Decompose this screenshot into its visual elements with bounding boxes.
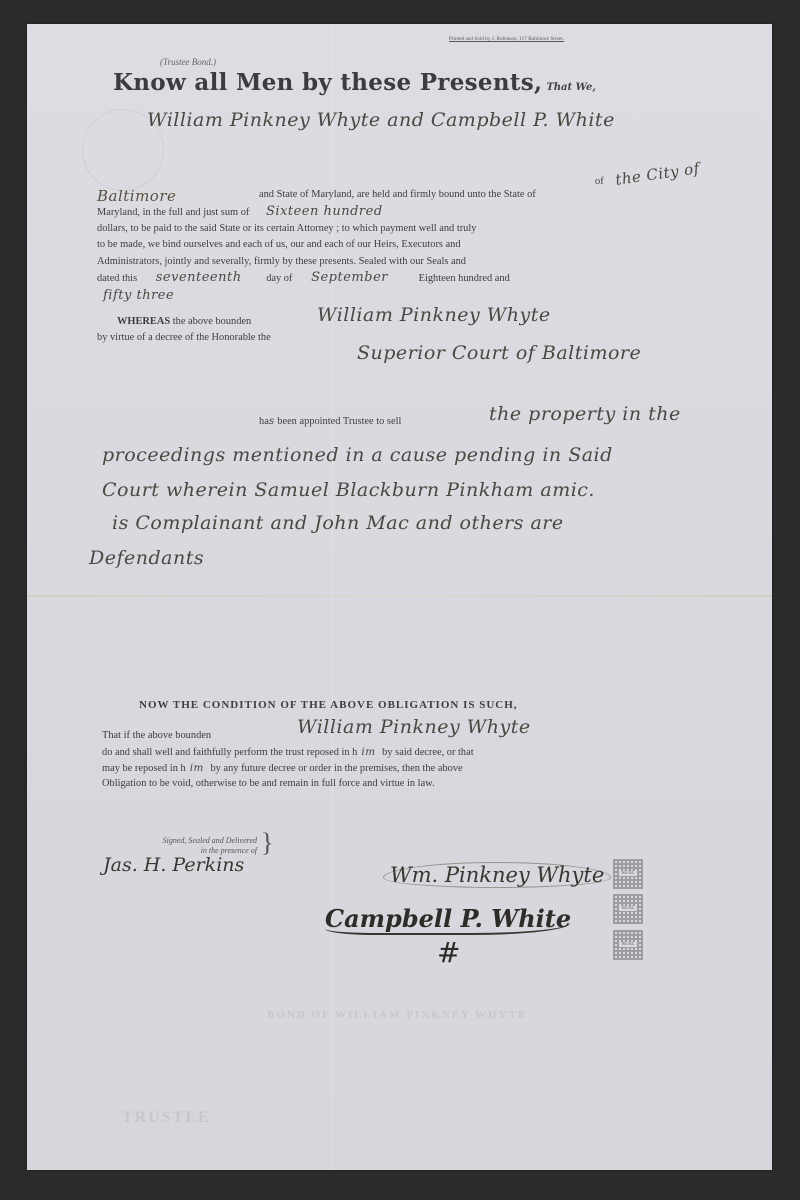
printer-imprint: Printed and Sold by J. Robinson, 117 Bal… <box>449 37 564 42</box>
seal-box-3: SEAL <box>613 930 643 960</box>
whereas-label: WHEREAS <box>117 316 170 327</box>
court-handwritten: Superior Court of Baltimore <box>357 342 641 364</box>
eighteen-hundred-label: Eighteen hundred and <box>419 273 510 284</box>
whereas-line: WHEREAS the above bounden <box>117 314 251 331</box>
condition-line-2: do and shall well and faithfully perform… <box>102 744 474 762</box>
heading: Know all Men by these Presents, That We, <box>113 69 596 96</box>
property-line-2: proceedings mentioned in a cause pending… <box>102 444 613 466</box>
document-page: Printed and Sold by J. Robinson, 117 Bal… <box>27 24 772 1170</box>
of-label: of <box>595 174 604 191</box>
condition-line-3-fill: im <box>190 762 204 774</box>
appointed-prefix: ha <box>259 416 269 427</box>
fold-line-horizontal <box>27 595 772 597</box>
property-line-3: Court wherein Samuel Blackburn Pinkham a… <box>102 479 595 501</box>
bond-line-4: to be made, we bind ourselves and each o… <box>97 237 461 254</box>
condition-line-3-end: by any future decree or order in the pre… <box>210 763 462 774</box>
day-of-label: day of <box>266 273 292 284</box>
seal-label-2: SEAL <box>619 906 636 911</box>
appointed-text: been appointed Trustee to sell <box>277 416 401 427</box>
bond-line-1: and State of Maryland, are held and firm… <box>259 187 536 204</box>
bond-line-3: dollars, to be paid to the said State or… <box>97 221 476 238</box>
bond-line-2: Maryland, in the full and just sum of Si… <box>97 204 383 222</box>
trustee-handwritten: William Pinkney Whyte <box>317 304 551 326</box>
form-type-label: (Trustee Bond.) <box>160 57 216 67</box>
condition-line-2-text: do and shall well and faithfully perform… <box>102 747 357 758</box>
witness-label: Signed, Sealed and Delivered in the pres… <box>107 836 257 856</box>
heading-that-we: That We, <box>546 82 596 93</box>
witness-brace: } <box>261 830 273 856</box>
seal-label-1: SEAL <box>619 871 636 876</box>
property-line-1: the property in the <box>489 403 681 425</box>
condition-trustee-handwritten: William Pinkney Whyte <box>297 716 531 738</box>
heading-title: Know all Men by these Presents, <box>113 69 542 96</box>
condition-line-4: Obligation to be void, otherwise to be a… <box>102 776 435 793</box>
signature-flourish-icon: # <box>437 936 460 969</box>
bleed-through-text-1: BOND OF WILLIAM PINKNEY WHYTE <box>267 1009 527 1021</box>
property-line-5: Defendants <box>89 547 204 569</box>
appointed-line: has been appointed Trustee to sell <box>259 413 401 431</box>
month-handwritten: September <box>311 270 388 285</box>
signature-white: Campbell P. White <box>325 904 571 935</box>
condition-heading: NOW THE CONDITION OF THE ABOVE OBLIGATIO… <box>139 699 518 711</box>
property-line-4: is Complainant and John Mac and others a… <box>112 512 564 534</box>
condition-line-3: may be reposed in him by any future decr… <box>102 760 463 778</box>
city-name-handwritten: Baltimore <box>97 187 176 205</box>
seal-box-2: SEAL <box>613 894 643 924</box>
bond-line-6: dated this seventeenth day of September … <box>97 270 510 288</box>
year-handwritten: fifty three <box>103 288 174 303</box>
seal-box-1: SEAL <box>613 859 643 889</box>
day-handwritten: seventeenth <box>156 270 242 285</box>
condition-line-1: That if the above bounden <box>102 728 211 745</box>
sum-handwritten: Sixteen hundred <box>266 204 383 219</box>
appointed-suffix-handwritten: s <box>269 415 275 427</box>
city-handwritten: the City of <box>614 159 701 189</box>
bleed-through-text-2: TRUSTEE <box>122 1109 211 1127</box>
witness-signature: Jas. H. Perkins <box>103 854 244 876</box>
condition-line-2-fill: im <box>361 746 375 758</box>
bond-line-5: Administrators, jointly and severally, f… <box>97 254 466 271</box>
condition-line-3-text: may be reposed in h <box>102 763 186 774</box>
condition-line-2-end: by said decree, or that <box>382 747 473 758</box>
decree-line: by virtue of a decree of the Honorable t… <box>97 330 271 347</box>
whereas-text: the above bounden <box>173 316 251 327</box>
seal-label-3: SEAL <box>619 942 636 947</box>
bond-line-2-text: Maryland, in the full and just sum of <box>97 207 249 218</box>
witness-label-line-1: Signed, Sealed and Delivered <box>107 836 257 846</box>
obligors-handwritten: William Pinkney Whyte and Campbell P. Wh… <box>147 109 615 131</box>
signature-whyte: Wm. Pinkney Whyte <box>383 862 611 888</box>
dated-this-label: dated this <box>97 273 137 284</box>
